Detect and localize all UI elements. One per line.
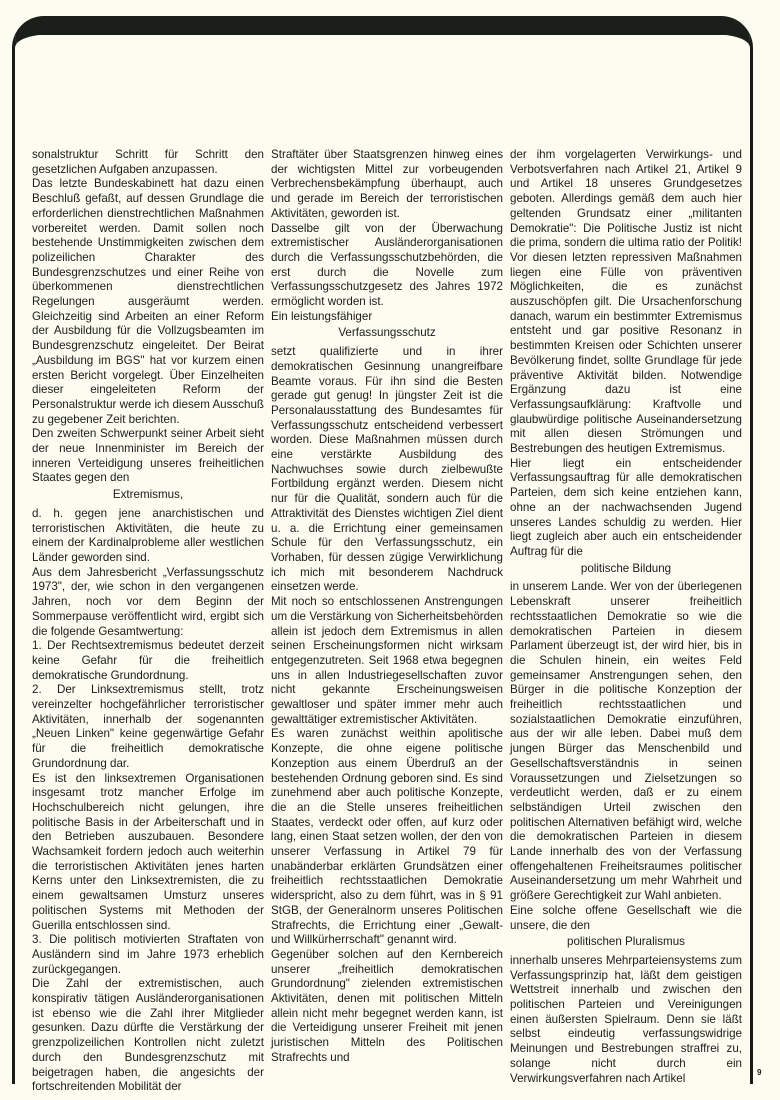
paragraph: setzt qualifizierte und in ihrer demokra…	[271, 345, 503, 595]
paragraph: Hier liegt ein entscheidender Verfassung…	[510, 457, 742, 560]
paragraph: innerhalb unseres Mehrparteiensystems zu…	[510, 954, 742, 1086]
subheading-politischen-pluralismus: politischen Pluralismus	[510, 935, 742, 950]
paragraph: Den zweiten Schwerpunkt seiner Arbeit si…	[32, 427, 264, 486]
page-number: 9	[757, 1068, 761, 1077]
paragraph: Dasselbe gilt von der Überwachung extrem…	[271, 222, 503, 310]
paragraph: sonalstruktur Schritt für Schritt den ge…	[32, 148, 264, 177]
paragraph: 3. Die politisch motivierten Straftaten …	[32, 933, 264, 977]
paragraph: in unserem Lande. Wer von der überlegene…	[510, 580, 742, 903]
paragraph: 1. Der Rechtsextremismus bedeutet derzei…	[32, 639, 264, 683]
paragraph: Vor diesen letzten repressiven Maßnahmen…	[510, 251, 742, 457]
paragraph: 2. Der Linksextremismus stellt, trotz ve…	[32, 683, 264, 771]
paragraph: d. h. gegen jene anarchistischen und ter…	[32, 507, 264, 566]
paragraph: Gegenüber solchen auf den Kernbereich un…	[271, 948, 503, 1066]
paragraph: Das letzte Bundeskabinett hat dazu einen…	[32, 177, 264, 427]
paragraph: Straftäter über Staatsgrenzen hinweg ein…	[271, 148, 503, 222]
paragraph: Die Zahl der extremistischen, auch konsp…	[32, 977, 264, 1095]
subheading-verfassungsschutz: Verfassungsschutz	[271, 326, 503, 341]
paragraph: Eine solche offene Gesellschaft wie die …	[510, 904, 742, 933]
paragraph: Mit noch so entschlossenen Anstrengungen…	[271, 595, 503, 727]
paragraph: der ihm vorgelagerten Verwirkungs- und V…	[510, 148, 742, 251]
article-body: sonalstruktur Schritt für Schritt den ge…	[32, 148, 742, 1095]
column-1: sonalstruktur Schritt für Schritt den ge…	[32, 148, 264, 1095]
paragraph: Aus dem Jahresbericht „Verfassungsschutz…	[32, 566, 264, 640]
paragraph: Es ist den linksextremen Organisationen …	[32, 772, 264, 934]
paragraph: Ein leistungsfähiger	[271, 310, 503, 325]
subheading-extremismus: Extremismus,	[32, 488, 264, 503]
column-2: Straftäter über Staatsgrenzen hinweg ein…	[271, 148, 503, 1095]
subheading-politische-bildung: politische Bildung	[510, 562, 742, 577]
paragraph: Es waren zunächst weithin apolitische Ko…	[271, 727, 503, 948]
column-3: der ihm vorgelagerten Verwirkungs- und V…	[510, 148, 742, 1095]
